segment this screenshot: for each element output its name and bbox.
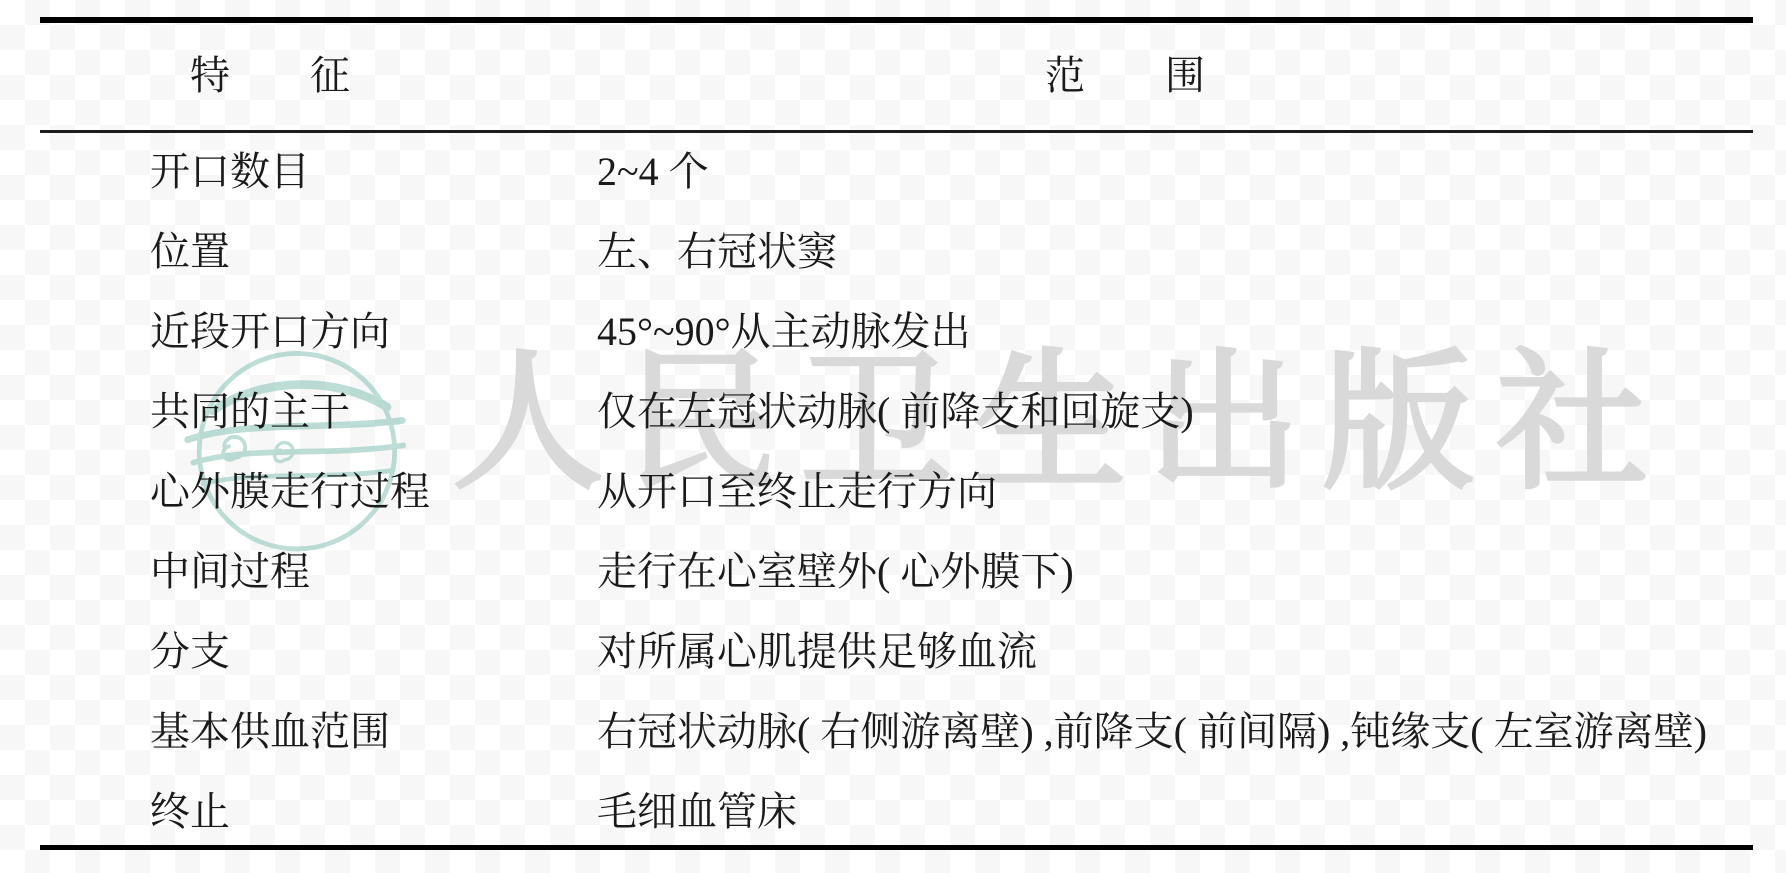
range-cell: 毛细血管床: [597, 772, 1753, 852]
feature-cell: 终止: [40, 772, 597, 852]
range-cell: 从开口至终止走行方向: [597, 452, 1753, 532]
range-cell: 走行在心室壁外( 心外膜下): [597, 532, 1753, 612]
table-row: 分支 对所属心肌提供足够血流: [40, 612, 1753, 692]
range-cell: 2~4 个: [597, 132, 1753, 212]
column-header-feature: 特 征: [190, 56, 350, 96]
feature-cell: 共同的主干: [40, 372, 597, 452]
table-row: 开口数目 2~4 个: [40, 132, 1753, 212]
table-row: 终止 毛细血管床: [40, 772, 1753, 852]
table-bottom-rule: [40, 845, 1753, 850]
column-header-range: 范 围: [1045, 56, 1205, 96]
table-row: 心外膜走行过程 从开口至终止走行方向: [40, 452, 1753, 532]
table-row: 近段开口方向 45°~90°从主动脉发出: [40, 292, 1753, 372]
range-cell: 左、右冠状窦: [597, 212, 1753, 292]
feature-range-table: 特 征 范 围 开口数目 2~4 个 位置 左、右冠状窦 近段开口方向 45°~…: [0, 0, 1786, 873]
feature-cell: 近段开口方向: [40, 292, 597, 372]
table-top-rule: [40, 17, 1753, 23]
table-row: 位置 左、右冠状窦: [40, 212, 1753, 292]
range-cell: 对所属心肌提供足够血流: [597, 612, 1753, 692]
range-cell: 仅在左冠状动脉( 前降支和回旋支): [597, 372, 1753, 452]
feature-cell: 中间过程: [40, 532, 597, 612]
range-cell: 45°~90°从主动脉发出: [597, 292, 1753, 372]
feature-cell: 位置: [40, 212, 597, 292]
feature-cell: 基本供血范围: [40, 692, 597, 772]
table-row: 基本供血范围 右冠状动脉( 右侧游离壁) ,前降支( 前间隔) ,钝缘支( 左室…: [40, 692, 1753, 772]
feature-cell: 分支: [40, 612, 597, 692]
feature-cell: 心外膜走行过程: [40, 452, 597, 532]
range-cell: 右冠状动脉( 右侧游离壁) ,前降支( 前间隔) ,钝缘支( 左室游离壁): [597, 692, 1753, 772]
scanned-page: 人民卫生出版社 特 征 范 围 开口数目 2~4 个 位置 左、右冠状窦 近段开…: [0, 0, 1786, 873]
table-row: 中间过程 走行在心室壁外( 心外膜下): [40, 532, 1753, 612]
feature-cell: 开口数目: [40, 132, 597, 212]
table-body: 开口数目 2~4 个 位置 左、右冠状窦 近段开口方向 45°~90°从主动脉发…: [40, 132, 1753, 852]
table-row: 共同的主干 仅在左冠状动脉( 前降支和回旋支): [40, 372, 1753, 452]
